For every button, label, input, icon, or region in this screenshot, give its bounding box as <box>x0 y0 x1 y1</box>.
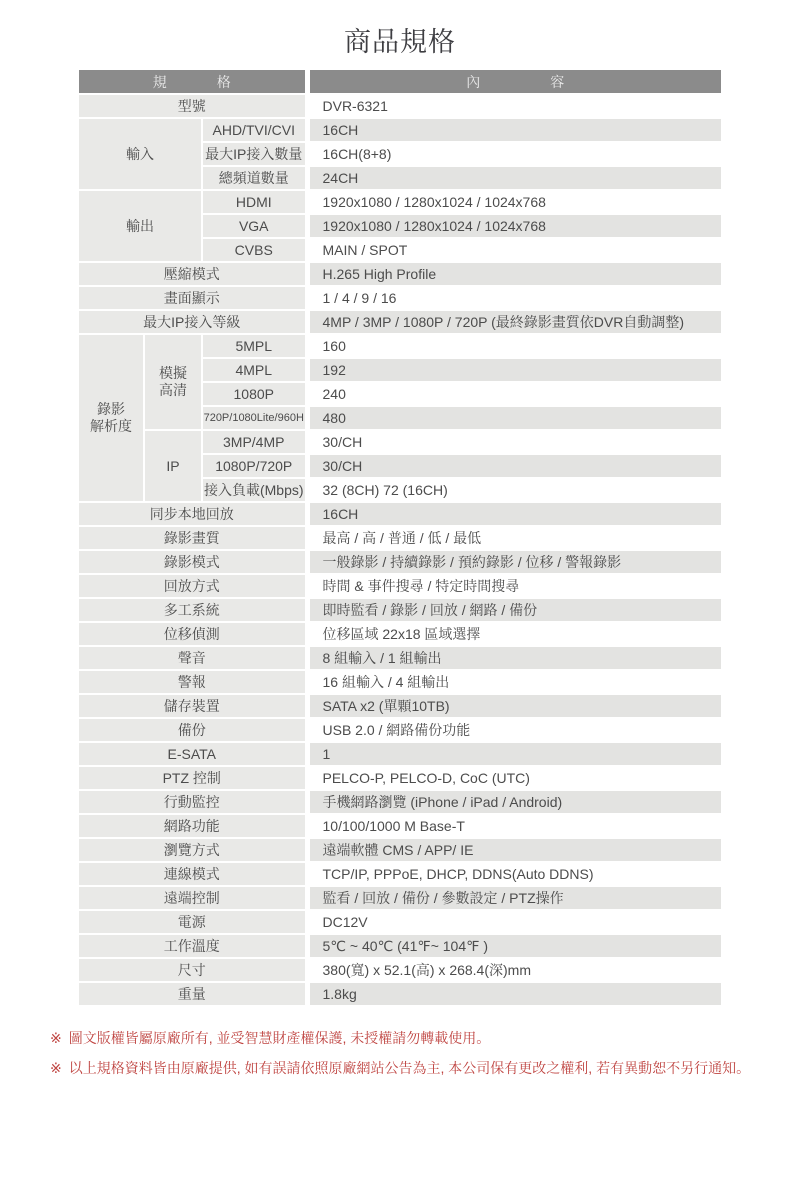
spec-value: 8 組輸入 / 1 組輸出 <box>307 646 721 670</box>
spec-label: 重量 <box>79 982 307 1006</box>
spec-label: 接入負載(Mbps) <box>202 478 307 502</box>
spec-value: 10/100/1000 M Base-T <box>307 814 721 838</box>
page-title: 商品規格 <box>0 0 800 58</box>
reference-mark-icon: ※ <box>50 1060 62 1076</box>
spec-value: 1 <box>307 742 721 766</box>
footnote-disclaimer: ※以上規格資料皆由原廠提供, 如有誤請依照原廠網站公告為主, 本公司保有更改之權… <box>50 1053 800 1083</box>
spec-value: 192 <box>307 358 721 382</box>
spec-row: 工作溫度5℃ ~ 40℃ (41℉~ 104℉ ) <box>79 934 721 958</box>
spec-row: 位移偵測位移區域 22x18 區域選擇 <box>79 622 721 646</box>
spec-value: SATA x2 (單顆10TB) <box>307 694 721 718</box>
spec-row: 聲音8 組輸入 / 1 組輸出 <box>79 646 721 670</box>
footnote-copyright: ※圖文版權皆屬原廠所有, 並受智慧財產權保護, 未授權請勿轉載使用。 <box>50 1023 800 1053</box>
header-content-char: 容 <box>550 72 564 92</box>
spec-label: 最大IP接入等級 <box>79 310 307 334</box>
footnote-text: 圖文版權皆屬原廠所有, 並受智慧財產權保護, 未授權請勿轉載使用。 <box>69 1030 491 1046</box>
spec-label: 瀏覽方式 <box>79 838 307 862</box>
spec-value: H.265 High Profile <box>307 262 721 286</box>
spec-row: 型號DVR-6321 <box>79 94 721 118</box>
spec-row: E-SATA1 <box>79 742 721 766</box>
spec-value: 1 / 4 / 9 / 16 <box>307 286 721 310</box>
spec-row: 回放方式時間 & 事件搜尋 / 特定時間搜尋 <box>79 574 721 598</box>
spec-value: DVR-6321 <box>307 94 721 118</box>
spec-label: 網路功能 <box>79 814 307 838</box>
spec-value: 一般錄影 / 持續錄影 / 預約錄影 / 位移 / 警報錄影 <box>307 550 721 574</box>
spec-label: 1080P/720P <box>202 454 307 478</box>
spec-label: 總頻道數量 <box>202 166 307 190</box>
spec-row: 網路功能10/100/1000 M Base-T <box>79 814 721 838</box>
spec-label: AHD/TVI/CVI <box>202 118 307 142</box>
header-content-column: 內 容 <box>307 70 721 94</box>
spec-label: 錄影畫質 <box>79 526 307 550</box>
spec-label: 回放方式 <box>79 574 307 598</box>
spec-value: 30/CH <box>307 430 721 454</box>
spec-row: 錄影 解析度模擬 高清5MPL160 <box>79 334 721 358</box>
spec-value: 5℃ ~ 40℃ (41℉~ 104℉ ) <box>307 934 721 958</box>
spec-value: 位移區域 22x18 區域選擇 <box>307 622 721 646</box>
spec-label: 最大IP接入數量 <box>202 142 307 166</box>
spec-label: 3MP/4MP <box>202 430 307 454</box>
spec-value: 1920x1080 / 1280x1024 / 1024x768 <box>307 214 721 238</box>
spec-table-body: 型號DVR-6321輸入AHD/TVI/CVI16CH最大IP接入數量16CH(… <box>79 94 721 1006</box>
spec-row: IP3MP/4MP30/CH <box>79 430 721 454</box>
spec-label: 同步本地回放 <box>79 502 307 526</box>
spec-row: 瀏覽方式遠端軟體 CMS / APP/ IE <box>79 838 721 862</box>
spec-row: 最大IP接入等級4MP / 3MP / 1080P / 720P (最終錄影畫質… <box>79 310 721 334</box>
spec-label: 尺寸 <box>79 958 307 982</box>
spec-label: 多工系統 <box>79 598 307 622</box>
spec-label: 警報 <box>79 670 307 694</box>
spec-label: 壓縮模式 <box>79 262 307 286</box>
table-header-row: 規 格 內 容 <box>79 70 721 94</box>
spec-value: TCP/IP, PPPoE, DHCP, DDNS(Auto DDNS) <box>307 862 721 886</box>
spec-value: 監看 / 回放 / 備份 / 參數設定 / PTZ操作 <box>307 886 721 910</box>
spec-label: 1080P <box>202 382 307 406</box>
spec-value: 時間 & 事件搜尋 / 特定時間搜尋 <box>307 574 721 598</box>
header-content-char: 內 <box>466 72 480 92</box>
spec-label: 電源 <box>79 910 307 934</box>
spec-row: 畫面顯示1 / 4 / 9 / 16 <box>79 286 721 310</box>
spec-value: 16CH <box>307 118 721 142</box>
spec-value: 16CH <box>307 502 721 526</box>
spec-label: 位移偵測 <box>79 622 307 646</box>
spec-value: 24CH <box>307 166 721 190</box>
spec-table: 規 格 內 容 型號DVR-6321輸入AHD/TVI/CVI16CH最大IP接… <box>79 70 721 1007</box>
spec-row: 備份USB 2.0 / 網路備份功能 <box>79 718 721 742</box>
spec-row: 輸出HDMI1920x1080 / 1280x1024 / 1024x768 <box>79 190 721 214</box>
spec-label: 錄影模式 <box>79 550 307 574</box>
spec-label: 工作溫度 <box>79 934 307 958</box>
spec-label: 模擬 高清 <box>144 334 202 430</box>
spec-value: DC12V <box>307 910 721 934</box>
spec-row: 錄影畫質最高 / 高 / 普通 / 低 / 最低 <box>79 526 721 550</box>
spec-row: PTZ 控制PELCO-P, PELCO-D, CoC (UTC) <box>79 766 721 790</box>
spec-value: 4MP / 3MP / 1080P / 720P (最終錄影畫質依DVR自動調整… <box>307 310 721 334</box>
spec-value: 16 組輸入 / 4 組輸出 <box>307 670 721 694</box>
spec-value: 160 <box>307 334 721 358</box>
spec-label: VGA <box>202 214 307 238</box>
spec-label: 720P/1080Lite/960H <box>202 406 307 430</box>
spec-label: 型號 <box>79 94 307 118</box>
spec-value: 1920x1080 / 1280x1024 / 1024x768 <box>307 190 721 214</box>
spec-value: 480 <box>307 406 721 430</box>
spec-value: 遠端軟體 CMS / APP/ IE <box>307 838 721 862</box>
spec-value: 1.8kg <box>307 982 721 1006</box>
header-spec-char: 規 <box>153 72 167 92</box>
spec-row: 行動監控手機網路瀏覽 (iPhone / iPad / Android) <box>79 790 721 814</box>
spec-value: 即時監看 / 錄影 / 回放 / 網路 / 備份 <box>307 598 721 622</box>
spec-row: 連線模式TCP/IP, PPPoE, DHCP, DDNS(Auto DDNS) <box>79 862 721 886</box>
spec-label: IP <box>144 430 202 502</box>
spec-value: 240 <box>307 382 721 406</box>
spec-label: 5MPL <box>202 334 307 358</box>
footnotes: ※圖文版權皆屬原廠所有, 並受智慧財產權保護, 未授權請勿轉載使用。 ※以上規格… <box>50 1023 800 1083</box>
spec-label: 輸入 <box>79 118 202 190</box>
spec-label: 錄影 解析度 <box>79 334 144 502</box>
spec-row: 警報16 組輸入 / 4 組輸出 <box>79 670 721 694</box>
footnote-text: 以上規格資料皆由原廠提供, 如有誤請依照原廠網站公告為主, 本公司保有更改之權利… <box>69 1060 750 1076</box>
spec-value: 16CH(8+8) <box>307 142 721 166</box>
reference-mark-icon: ※ <box>50 1030 62 1046</box>
spec-row: 遠端控制監看 / 回放 / 備份 / 參數設定 / PTZ操作 <box>79 886 721 910</box>
spec-row: 同步本地回放16CH <box>79 502 721 526</box>
spec-label: HDMI <box>202 190 307 214</box>
spec-row: 重量1.8kg <box>79 982 721 1006</box>
spec-label: 連線模式 <box>79 862 307 886</box>
spec-row: 錄影模式一般錄影 / 持續錄影 / 預約錄影 / 位移 / 警報錄影 <box>79 550 721 574</box>
spec-label: E-SATA <box>79 742 307 766</box>
spec-value: USB 2.0 / 網路備份功能 <box>307 718 721 742</box>
spec-label: 4MPL <box>202 358 307 382</box>
spec-value: MAIN / SPOT <box>307 238 721 262</box>
spec-label: 聲音 <box>79 646 307 670</box>
spec-sheet-page: 商品規格 規 格 內 容 型號DVR-6321 <box>0 0 800 1190</box>
spec-label: 畫面顯示 <box>79 286 307 310</box>
spec-label: 儲存裝置 <box>79 694 307 718</box>
spec-label: 行動監控 <box>79 790 307 814</box>
spec-label: CVBS <box>202 238 307 262</box>
spec-label: PTZ 控制 <box>79 766 307 790</box>
spec-value: 380(寬) x 52.1(高) x 268.4(深)mm <box>307 958 721 982</box>
spec-value: 手機網路瀏覽 (iPhone / iPad / Android) <box>307 790 721 814</box>
spec-value: 30/CH <box>307 454 721 478</box>
header-spec-column: 規 格 <box>79 70 307 94</box>
spec-row: 儲存裝置SATA x2 (單顆10TB) <box>79 694 721 718</box>
spec-row: 壓縮模式H.265 High Profile <box>79 262 721 286</box>
spec-value: PELCO-P, PELCO-D, CoC (UTC) <box>307 766 721 790</box>
spec-row: 輸入AHD/TVI/CVI16CH <box>79 118 721 142</box>
spec-row: 電源DC12V <box>79 910 721 934</box>
header-spec-char: 格 <box>217 72 231 92</box>
spec-label: 備份 <box>79 718 307 742</box>
spec-value: 最高 / 高 / 普通 / 低 / 最低 <box>307 526 721 550</box>
spec-label: 遠端控制 <box>79 886 307 910</box>
spec-value: 32 (8CH) 72 (16CH) <box>307 478 721 502</box>
spec-row: 尺寸380(寬) x 52.1(高) x 268.4(深)mm <box>79 958 721 982</box>
spec-row: 多工系統即時監看 / 錄影 / 回放 / 網路 / 備份 <box>79 598 721 622</box>
spec-label: 輸出 <box>79 190 202 262</box>
